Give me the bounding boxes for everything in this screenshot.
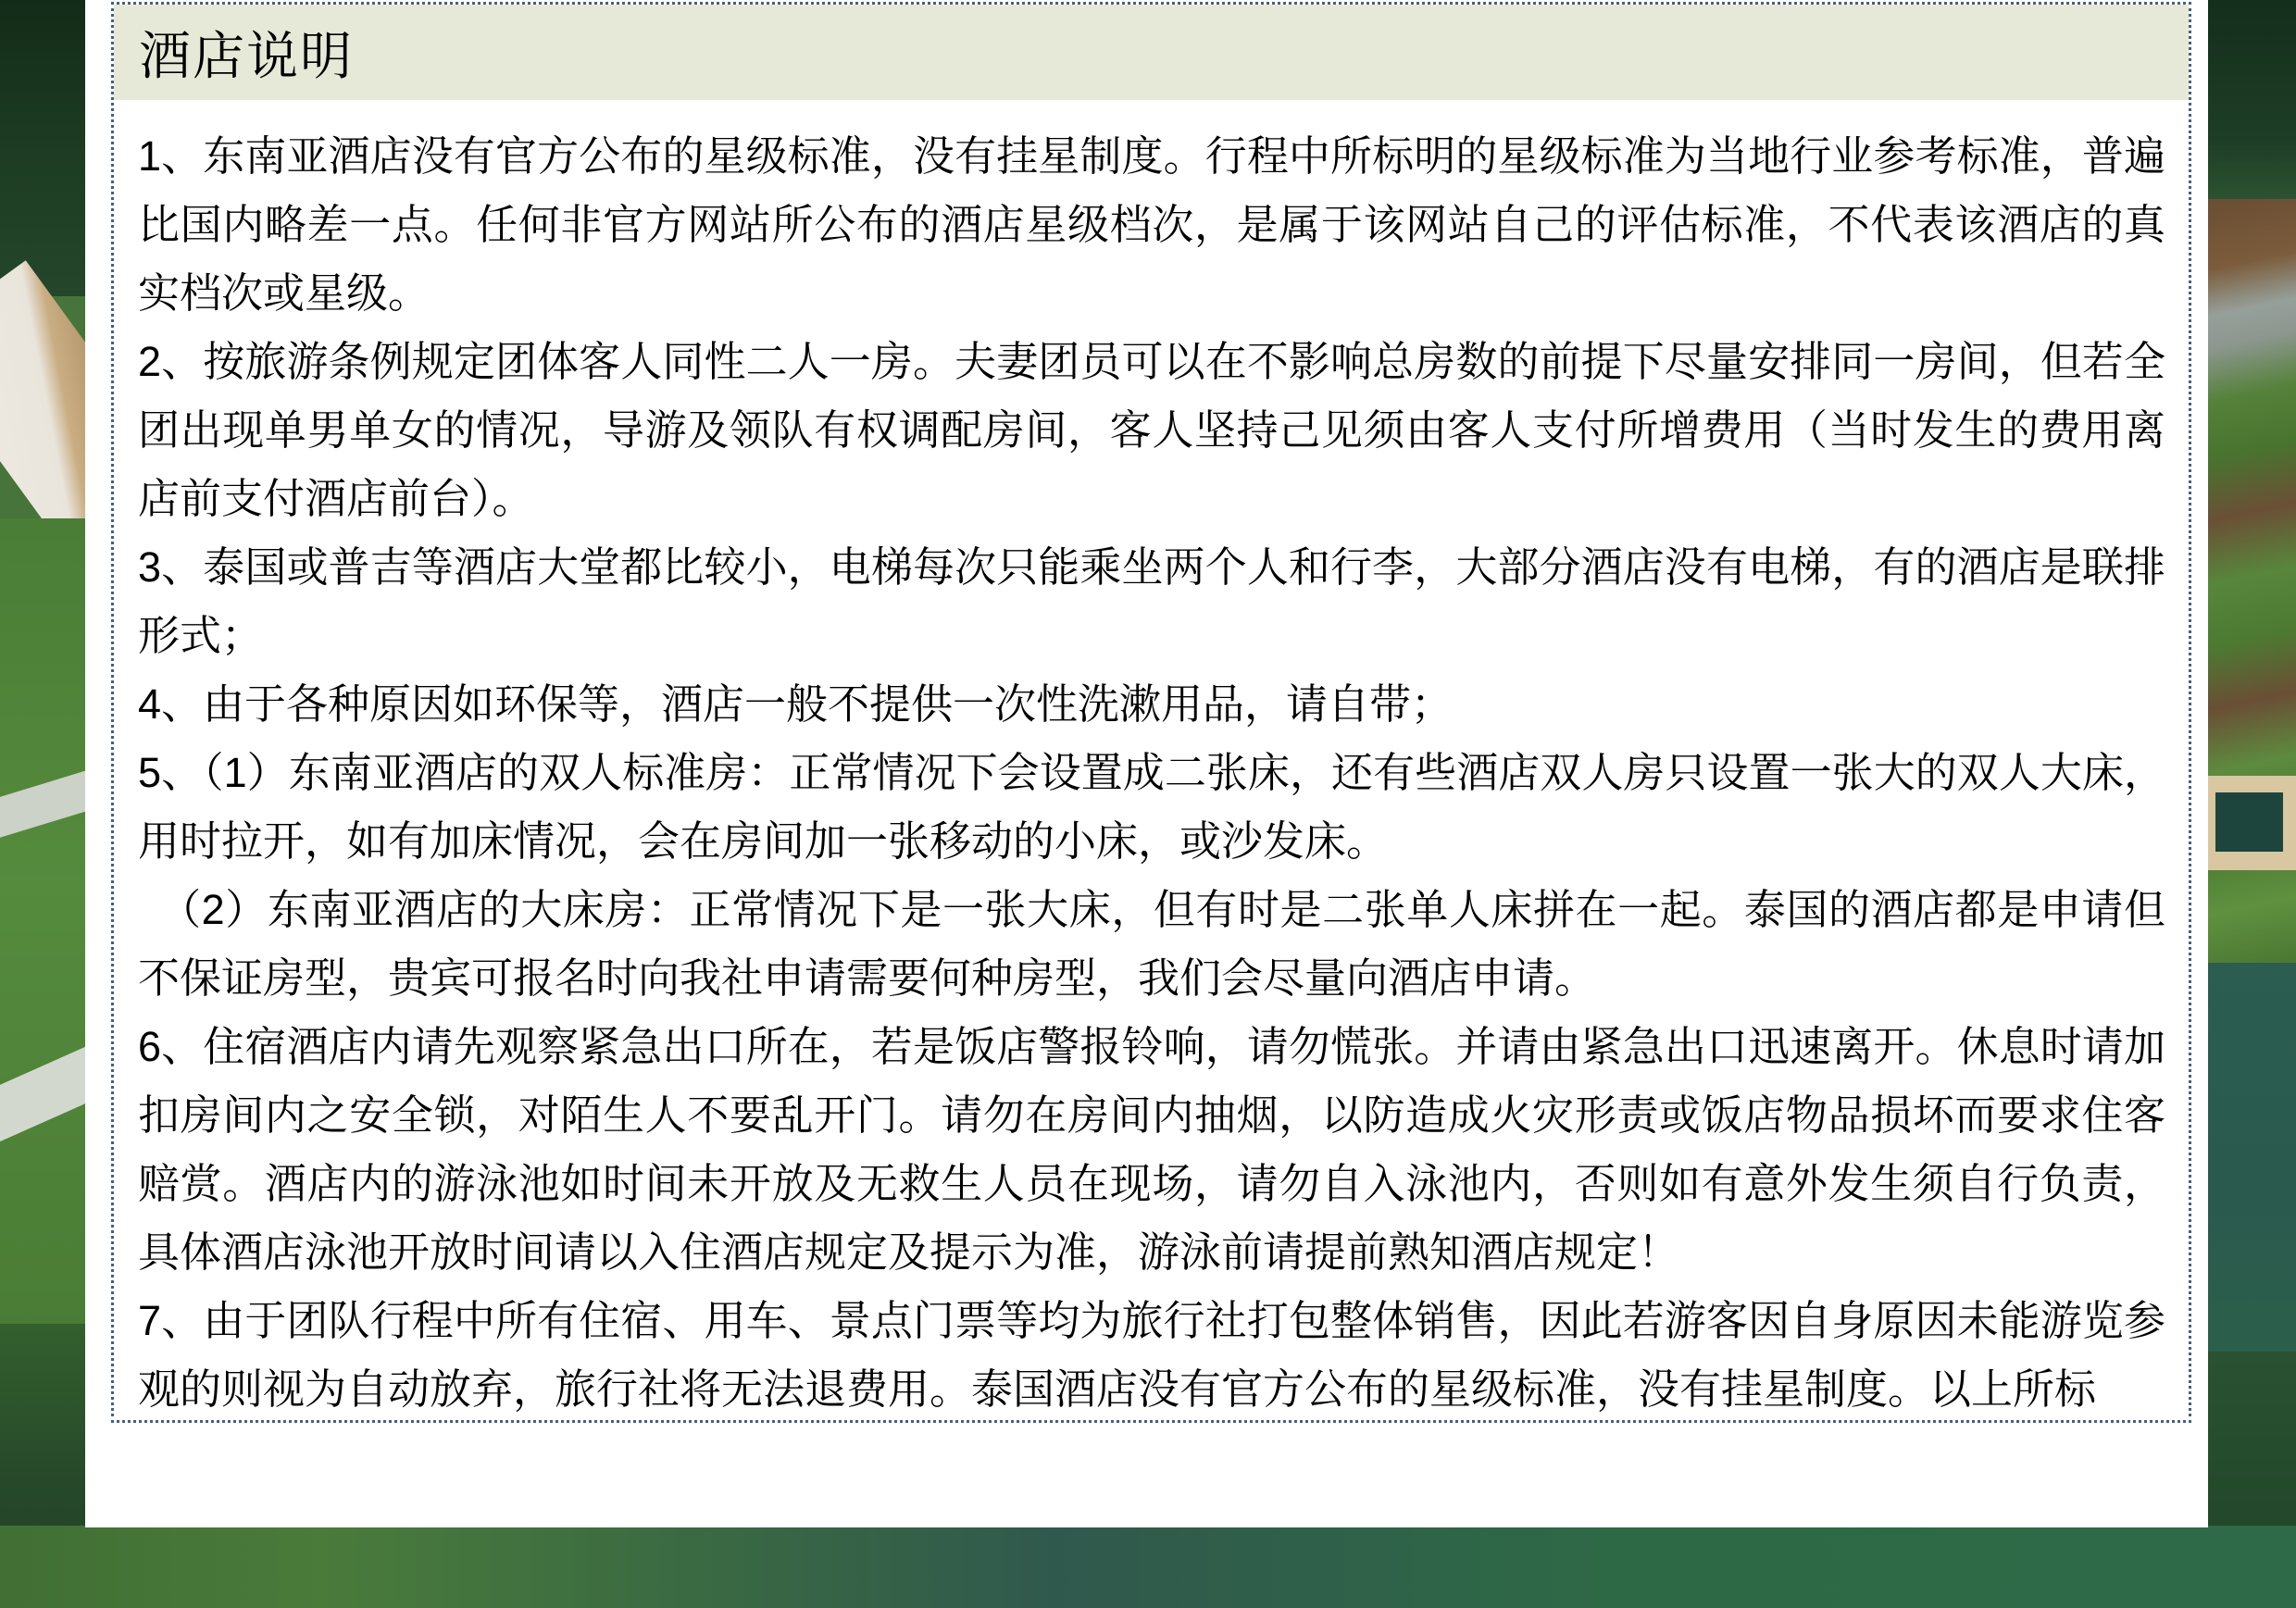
notice-paragraph-1: 1、东南亚酒店没有官方公布的星级标准，没有挂星制度。行程中所标明的星级标准为当地…: [138, 122, 2165, 328]
photo-lagoon-water: [2208, 963, 2296, 1352]
photo-right-strip: [2208, 0, 2296, 1608]
photo-left-strip: [0, 0, 88, 1608]
notice-paragraph-3: 3、泰国或普吉等酒店大堂都比较小，电梯每次只能乘坐两个人和行李，大部分酒店没有电…: [138, 533, 2165, 670]
notice-paragraph-8: 7、由于团队行程中所有住宿、用车、景点门票等均为旅行社打包整体销售，因此若游客因…: [138, 1287, 2165, 1423]
notice-paragraph-2: 2、按旅游条例规定团体客人同性二人一房。夫妻团员可以在不影响总房数的前提下尽量安…: [138, 328, 2165, 533]
hotel-notice-box: 酒店说明 1、东南亚酒店没有官方公布的星级标准，没有挂星制度。行程中所标明的星级…: [111, 2, 2191, 1423]
notice-paragraph-5: 5、（1）东南亚酒店的双人标准房：正常情况下会设置成二张床，还有些酒店双人房只设…: [138, 739, 2165, 876]
notice-paragraph-4: 4、由于各种原因如环保等，酒店一般不提供一次性洗漱用品，请自带；: [138, 670, 2165, 739]
photo-pool-deck: [2208, 776, 2296, 870]
photo-trees: [2208, 0, 2296, 199]
notice-header-bar: 酒店说明: [114, 5, 2189, 100]
photo-building-roof: [0, 260, 88, 541]
notice-title: 酒店说明: [139, 16, 354, 90]
photo-bottom-strip: [0, 1526, 2296, 1608]
notice-paragraph-6: （2）东南亚酒店的大床房：正常情况下是一张大床，但有时是二张单人床拼在一起。泰国…: [138, 876, 2165, 1013]
notice-paragraph-7: 6、住宿酒店内请先观察紧急出口所在，若是饭店警报铃响，请勿慌张。并请由紧急出口迅…: [138, 1013, 2165, 1287]
photo-trees: [0, 0, 88, 296]
page: 酒店说明 1、东南亚酒店没有官方公布的星级标准，没有挂星制度。行程中所标明的星级…: [0, 0, 2296, 1608]
photo-grass: [0, 518, 88, 1333]
photo-pool-water: [2215, 792, 2283, 852]
notice-body: 1、东南亚酒店没有官方公布的星级标准，没有挂星制度。行程中所标明的星级标准为当地…: [114, 100, 2189, 1423]
